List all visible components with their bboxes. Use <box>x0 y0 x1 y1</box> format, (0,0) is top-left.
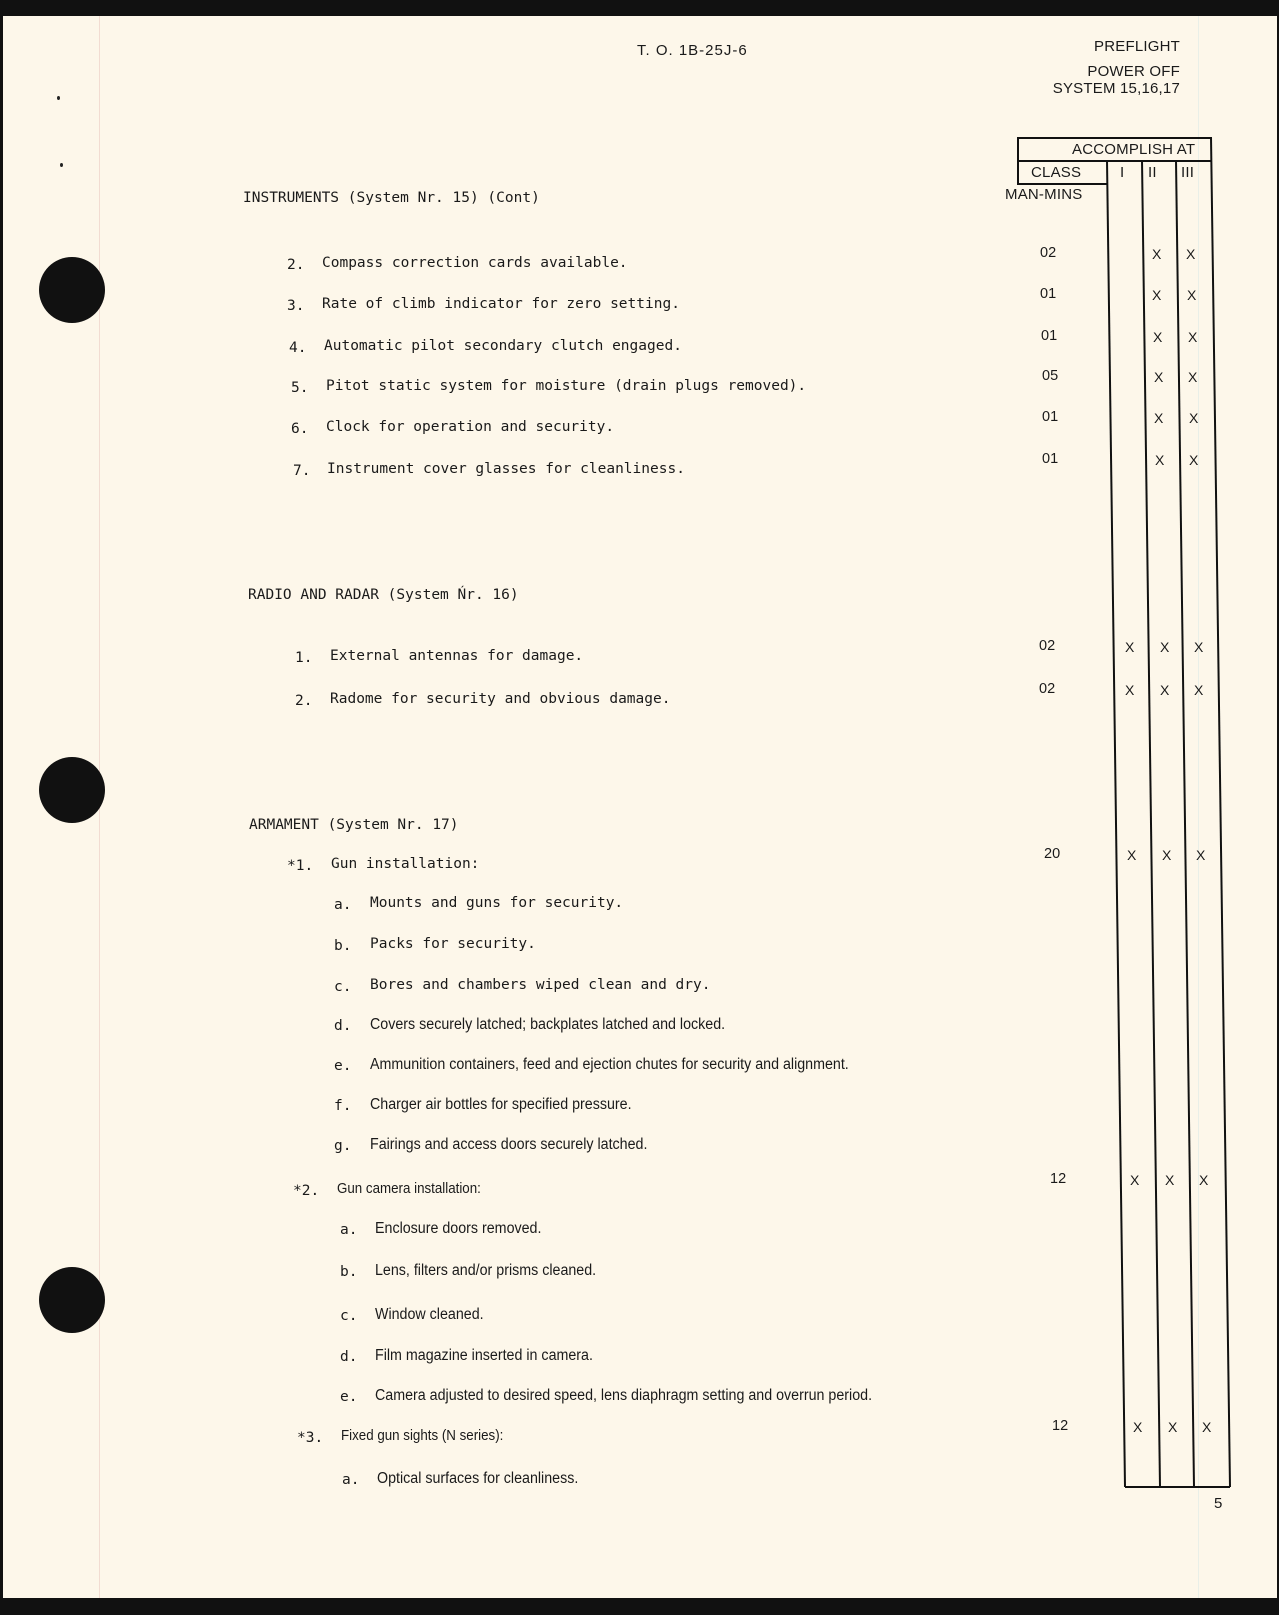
subitem-letter: e. <box>334 1058 351 1074</box>
subitem-letter: g. <box>334 1138 351 1154</box>
man-mins-value: 12 <box>1052 1418 1068 1434</box>
subitem-text: Packs for security. <box>370 936 536 952</box>
subitem-text: Bores and chambers wiped clean and dry. <box>370 977 710 993</box>
class-check-mark: X <box>1189 452 1198 468</box>
class-check-mark: X <box>1125 639 1134 655</box>
item-number: 6. <box>291 421 308 437</box>
item-number: 7. <box>293 463 310 479</box>
class-check-mark: X <box>1130 1172 1139 1188</box>
item-text: Automatic pilot secondary clutch engaged… <box>324 338 682 354</box>
subitem-text: Enclosure doors removed. <box>375 1220 541 1238</box>
subitem-letter: b. <box>340 1264 357 1280</box>
class-check-mark: X <box>1160 639 1169 655</box>
item-number: 1. <box>295 650 312 666</box>
class-check-mark: X <box>1153 329 1162 345</box>
section-heading: RADIO AND RADAR (System Ńr. 16) <box>248 587 519 603</box>
man-mins-value: 20 <box>1044 846 1060 862</box>
subitem-letter: a. <box>334 897 351 913</box>
subitem-text: Window cleaned. <box>375 1306 484 1324</box>
class-check-mark: X <box>1187 287 1196 303</box>
subitem-text: Ammunition containers, feed and ejection… <box>370 1056 849 1074</box>
subitem-letter: a. <box>340 1222 357 1238</box>
class-check-mark: X <box>1165 1172 1174 1188</box>
item-text: Gun camera installation: <box>337 1181 481 1197</box>
item-text: External antennas for damage. <box>330 648 583 664</box>
class-check-mark: X <box>1125 682 1134 698</box>
class-check-mark: X <box>1188 369 1197 385</box>
subitem-text: Mounts and guns for security. <box>370 895 623 911</box>
class-check-mark: X <box>1196 847 1205 863</box>
class-check-mark: X <box>1152 287 1161 303</box>
item-number: *2. <box>293 1183 319 1199</box>
item-number: 2. <box>287 257 304 273</box>
class-check-mark: X <box>1133 1419 1142 1435</box>
section-heading: ARMAMENT (System Nr. 17) <box>249 817 459 833</box>
man-mins-value: 12 <box>1050 1171 1066 1187</box>
subitem-letter: e. <box>340 1389 357 1405</box>
section-heading: INSTRUMENTS (System Nr. 15) (Cont) <box>243 190 540 206</box>
class-check-mark: X <box>1127 847 1136 863</box>
class-check-mark: X <box>1188 329 1197 345</box>
subitem-text: Camera adjusted to desired speed, lens d… <box>375 1387 872 1405</box>
class-check-mark: X <box>1194 682 1203 698</box>
class-check-mark: X <box>1199 1172 1208 1188</box>
man-mins-value: 02 <box>1039 681 1055 697</box>
class-check-mark: X <box>1168 1419 1177 1435</box>
item-number: *1. <box>287 858 313 874</box>
subitem-text: Charger air bottles for specified pressu… <box>370 1096 632 1114</box>
item-number: 3. <box>287 298 304 314</box>
subitem-letter: c. <box>334 979 351 995</box>
item-text: Compass correction cards available. <box>322 255 628 271</box>
class-check-mark: X <box>1152 246 1161 262</box>
class-check-mark: X <box>1186 246 1195 262</box>
subitem-letter: a. <box>342 1472 359 1488</box>
class-check-mark: X <box>1194 639 1203 655</box>
item-text: Fixed gun sights (N series): <box>341 1428 503 1444</box>
item-text: Instrument cover glasses for cleanliness… <box>327 461 685 477</box>
class-check-mark: X <box>1202 1419 1211 1435</box>
subitem-letter: b. <box>334 938 351 954</box>
subitem-text: Covers securely latched; backplates latc… <box>370 1016 725 1034</box>
man-mins-value: 01 <box>1040 286 1056 302</box>
item-number: 5. <box>291 380 308 396</box>
item-number: *3. <box>297 1430 323 1446</box>
subitem-text: Lens, filters and/or prisms cleaned. <box>375 1262 596 1280</box>
item-number: 2. <box>295 693 312 709</box>
class-check-mark: X <box>1154 410 1163 426</box>
class-check-mark: X <box>1189 410 1198 426</box>
class-check-mark: X <box>1162 847 1171 863</box>
man-mins-value: 01 <box>1042 409 1058 425</box>
subitem-text: Optical surfaces for cleanliness. <box>377 1470 578 1488</box>
subitem-letter: f. <box>334 1098 351 1114</box>
subitem-letter: c. <box>340 1308 357 1324</box>
item-text: Radome for security and obvious damage. <box>330 691 670 707</box>
item-text: Gun installation: <box>331 856 479 872</box>
subitem-letter: d. <box>340 1349 357 1365</box>
subitem-text: Film magazine inserted in camera. <box>375 1347 593 1365</box>
man-mins-value: 01 <box>1041 328 1057 344</box>
item-text: Rate of climb indicator for zero setting… <box>322 296 680 312</box>
item-number: 4. <box>289 340 306 356</box>
subitem-letter: d. <box>334 1018 351 1034</box>
item-text: Pitot static system for moisture (drain … <box>326 378 806 394</box>
man-mins-value: 02 <box>1040 245 1056 261</box>
man-mins-value: 01 <box>1042 451 1058 467</box>
class-check-mark: X <box>1154 369 1163 385</box>
class-check-mark: X <box>1160 682 1169 698</box>
subitem-text: Fairings and access doors securely latch… <box>370 1136 647 1154</box>
man-mins-value: 02 <box>1039 638 1055 654</box>
class-check-mark: X <box>1155 452 1164 468</box>
page-number: 5 <box>1214 1495 1222 1512</box>
man-mins-value: 05 <box>1042 368 1058 384</box>
accomplish-columns <box>0 0 1279 1615</box>
item-text: Clock for operation and security. <box>326 419 614 435</box>
